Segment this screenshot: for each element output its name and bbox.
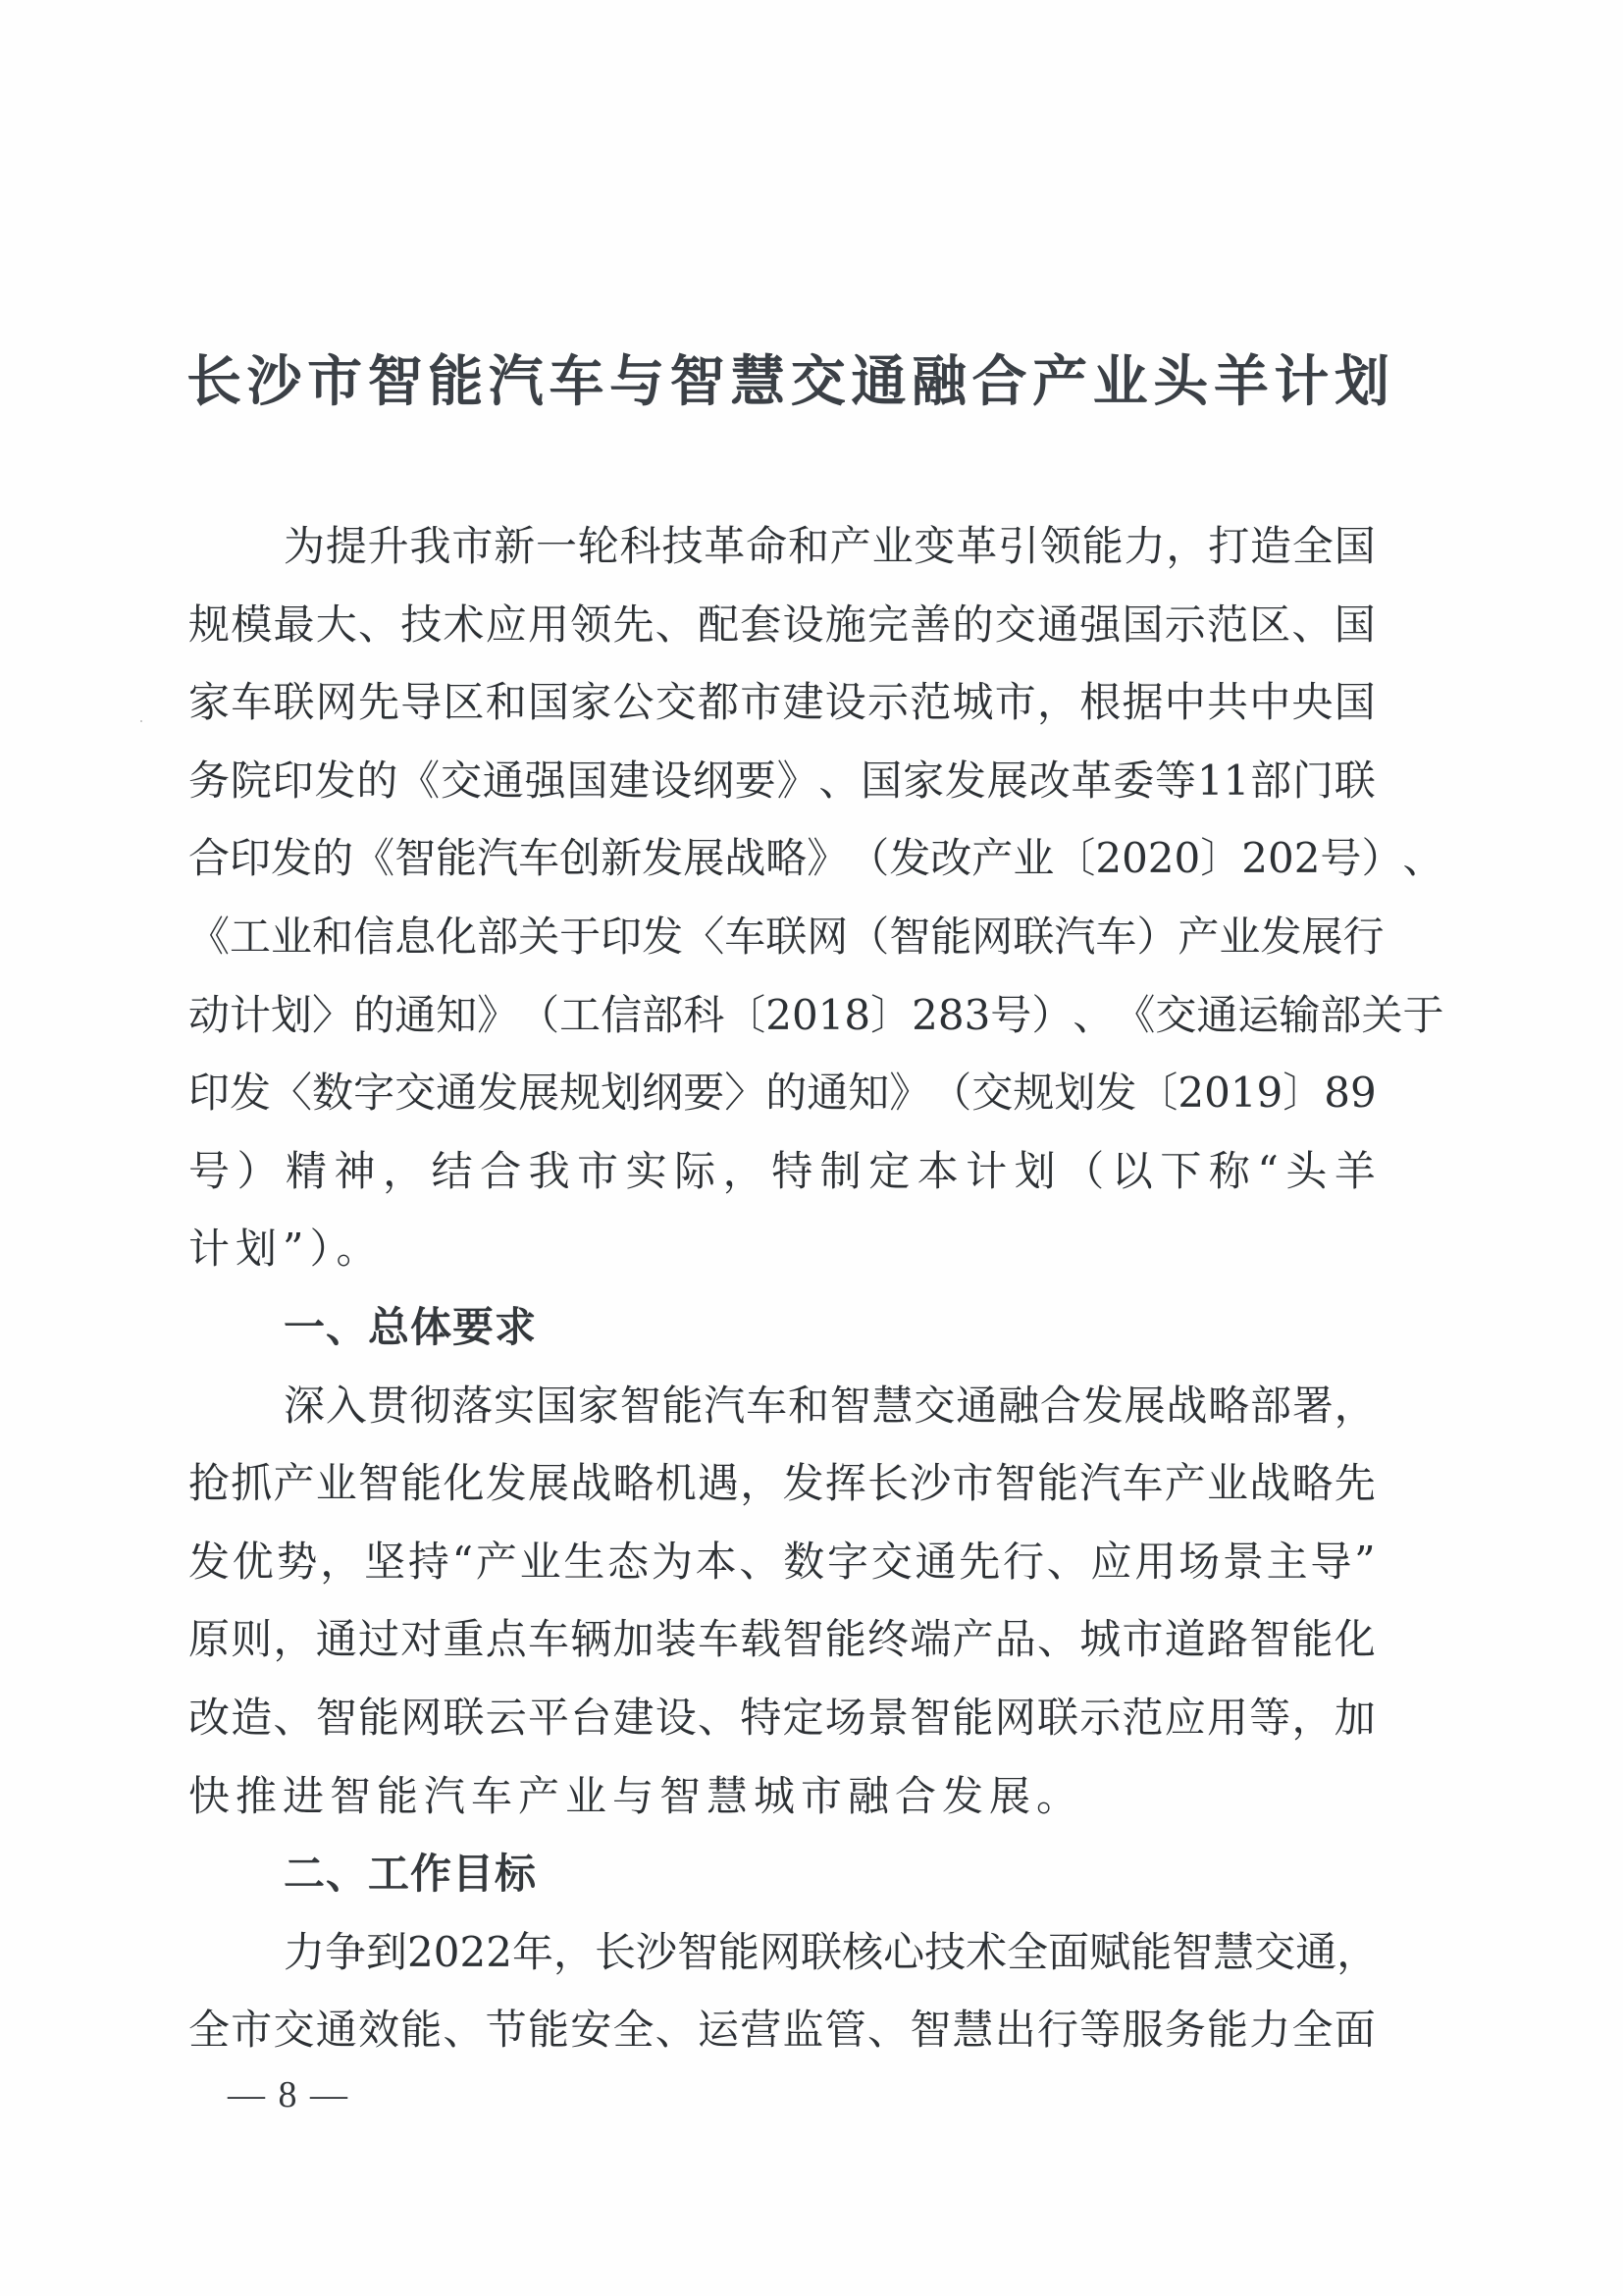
glyph: 行 [1342, 908, 1384, 966]
glyph: 市 [953, 1454, 994, 1513]
glyph: 道 [1165, 1610, 1206, 1669]
glyph: “ [452, 1533, 473, 1592]
glyph: 务 [188, 752, 230, 810]
glyph: 智 [1172, 1923, 1213, 1982]
glyph: 领 [570, 596, 611, 654]
glyph: 应 [1165, 1689, 1206, 1748]
glyph: 交 [1155, 986, 1196, 1045]
glyph: 长 [595, 1923, 636, 1982]
glyph: 等 [1249, 1689, 1290, 1748]
glyph: 则 [231, 1610, 272, 1669]
glyph: 、 [655, 596, 697, 654]
glyph: 最 [274, 596, 315, 654]
glyph: 载 [740, 1610, 781, 1669]
glyph: 〈 [271, 1064, 312, 1122]
glyph: 产 [1165, 1454, 1206, 1513]
glyph: 坚 [364, 1533, 405, 1592]
glyph: 全 [1292, 2001, 1334, 2060]
glyph: 计 [1274, 349, 1329, 414]
section1-line-6: 快推进智能汽车产业与智慧城市融合发展。 [188, 1767, 1083, 1826]
glyph: （ [1063, 1142, 1104, 1201]
glyph: 汽 [1079, 1454, 1121, 1513]
glyph: 通 [1295, 1923, 1336, 1982]
section1-line-1: 深入贯彻落实国家智能汽车和智慧交通融合发展战略部署， [284, 1377, 1376, 1435]
glyph: 交 [274, 2001, 315, 2060]
glyph: 以 [1112, 1142, 1153, 1201]
glyph: （ [848, 908, 889, 966]
glyph: 为 [652, 1533, 693, 1592]
glyph: 产 [274, 1454, 315, 1513]
section1-line-3: 发优势，坚持“产业生态为本、数字交通先行、应用场景主导” [188, 1533, 1376, 1592]
glyph: 〕 [1200, 829, 1241, 888]
glyph: 信 [601, 986, 642, 1045]
glyph: 城 [953, 673, 994, 732]
glyph: 能 [528, 2001, 569, 2060]
glyph: 展 [518, 1064, 559, 1122]
glyph: 发 [188, 1533, 230, 1592]
glyph: 变 [914, 517, 955, 576]
glyph: 〕 [870, 986, 912, 1045]
glyph: 特 [740, 1689, 781, 1748]
glyph: 示 [1165, 596, 1206, 654]
glyph: 特 [771, 1142, 812, 1201]
glyph: 家 [188, 673, 230, 732]
glyph: 主 [1267, 1533, 1308, 1592]
glyph: 产 [830, 517, 871, 576]
glyph: 革 [956, 517, 997, 576]
glyph: 实 [626, 1142, 667, 1201]
glyph: 展 [528, 1454, 569, 1513]
glyph: 神 [335, 1142, 376, 1201]
glyph: 部 [477, 908, 518, 966]
glyph: 划 [1015, 1142, 1056, 1201]
glyph: 、 [1292, 596, 1334, 654]
glyph: 智 [783, 1610, 824, 1669]
glyph: 云 [486, 1689, 527, 1748]
glyph: 11 [1197, 752, 1249, 810]
glyph: 联 [1037, 1689, 1078, 1748]
glyph: ， [723, 1142, 764, 1201]
glyph: 、 [358, 596, 399, 654]
glyph: 网 [807, 908, 848, 966]
glyph: 和 [312, 908, 353, 966]
glyph: 业 [316, 1454, 357, 1513]
glyph: 发 [642, 829, 683, 888]
glyph: 合 [1040, 1377, 1081, 1435]
glyph: 283 [912, 986, 990, 1045]
glyph: 行 [1003, 1533, 1044, 1592]
glyph: 强 [1079, 596, 1121, 654]
glyph: 规 [559, 1064, 601, 1122]
glyph: 融 [912, 349, 967, 414]
glyph: 头 [1153, 349, 1208, 414]
glyph: 智 [358, 1454, 399, 1513]
glyph: 长 [867, 1454, 909, 1513]
glyph: 业 [872, 517, 914, 576]
glyph: 运 [698, 2001, 739, 2060]
glyph: 息 [394, 908, 436, 966]
glyph: 输 [1279, 986, 1320, 1045]
glyph: 字 [353, 1064, 394, 1122]
glyph: 发 [486, 1454, 527, 1513]
glyph: 辆 [570, 1610, 611, 1669]
glyph: 战 [1249, 1454, 1290, 1513]
glyph: 遇 [698, 1454, 739, 1513]
glyph: 网 [971, 908, 1013, 966]
glyph: 设 [651, 752, 692, 810]
glyph: 、 [1037, 1610, 1078, 1669]
glyph: ， [1166, 517, 1207, 576]
glyph: 能 [428, 349, 483, 414]
glyph: 市 [231, 2001, 272, 2060]
glyph: 据 [1123, 673, 1164, 732]
glyph: 通 [316, 1610, 357, 1669]
glyph: 业 [271, 908, 312, 966]
glyph: 交 [971, 1064, 1013, 1122]
glyph: 、 [818, 752, 860, 810]
glyph: 划 [1335, 349, 1389, 414]
glyph: 的 [953, 596, 994, 654]
preamble-line-5: 合印发的《智能汽车创新发展战略》（发改产业〔2020〕202号）、 [188, 829, 1376, 888]
glyph: 合 [188, 829, 230, 888]
glyph: 慧 [953, 2001, 994, 2060]
glyph: 称 [1209, 1142, 1250, 1201]
glyph: 署 [1292, 1377, 1334, 1435]
glyph: 车 [1123, 1454, 1164, 1513]
glyph: 车 [746, 1377, 787, 1435]
glyph: 发 [477, 1064, 518, 1122]
glyph: 业 [1219, 908, 1260, 966]
glyph: 和 [788, 517, 829, 576]
document-page: 长沙市智能汽车与智慧交通融合产业头羊计划 为提升我市新一轮科技革命和产业变革引领… [0, 0, 1623, 2296]
glyph: 化 [1335, 1610, 1376, 1669]
glyph: 加 [613, 1610, 654, 1669]
glyph: 关 [1361, 986, 1402, 1045]
glyph: 〕 [1283, 1064, 1324, 1122]
glyph: 实 [494, 1377, 535, 1435]
glyph: 示 [867, 673, 909, 732]
glyph: 务 [1165, 2001, 1206, 2060]
glyph: 联 [444, 1689, 485, 1748]
glyph: 都 [698, 673, 739, 732]
glyph: 家 [570, 673, 611, 732]
glyph: 持 [408, 1533, 449, 1592]
glyph: 力 [1249, 2001, 1290, 2060]
glyph: 监 [783, 2001, 824, 2060]
glyph: 全 [188, 2001, 230, 2060]
glyph: 联 [274, 673, 315, 732]
glyph: 新 [494, 517, 535, 576]
glyph: 〉 [724, 1064, 765, 1122]
glyph: 2020 [1095, 829, 1200, 888]
glyph: 科 [683, 986, 724, 1045]
page-number: — 8 — [228, 2073, 349, 2116]
glyph: （ [518, 986, 559, 1045]
glyph: 能 [400, 1454, 442, 1513]
glyph: 》 [777, 752, 818, 810]
glyph: 能 [953, 1689, 994, 1748]
glyph: 知 [848, 1064, 889, 1122]
glyph: 发 [783, 1454, 824, 1513]
glyph: 要 [735, 752, 776, 810]
glyph: 纲 [642, 1064, 683, 1122]
glyph: 产 [1178, 908, 1219, 966]
glyph: 印 [273, 752, 314, 810]
glyph: 发 [945, 752, 986, 810]
glyph: 智 [368, 349, 423, 414]
glyph: 套 [740, 596, 781, 654]
glyph: 头 [1285, 1142, 1327, 1201]
glyph: 字 [827, 1533, 868, 1592]
glyph: 化 [444, 1454, 485, 1513]
glyph: 市 [451, 517, 493, 576]
glyph: 智 [995, 1454, 1036, 1513]
glyph: 安 [570, 2001, 611, 2060]
glyph: 造 [1250, 517, 1291, 576]
glyph: 命 [746, 517, 787, 576]
glyph: 改 [1029, 752, 1071, 810]
preamble-line-4: 务院印发的《交通强国建设纲要》、国家发展改革委等11部门联 [188, 752, 1376, 810]
glyph: 〈 [683, 908, 724, 966]
glyph: ， [320, 1533, 361, 1592]
section-heading-general-requirements: 一、总体要求 [284, 1298, 537, 1357]
glyph: 长 [186, 349, 241, 414]
glyph: 2022 [407, 1923, 512, 1982]
glyph: 定 [783, 1689, 824, 1748]
glyph: 争 [325, 1923, 366, 1982]
glyph: 号 [188, 1142, 230, 1201]
glyph: 智 [316, 1689, 357, 1748]
glyph: 发 [314, 752, 355, 810]
glyph: 我 [409, 517, 450, 576]
glyph: 网 [316, 673, 357, 732]
glyph: 节 [486, 2001, 527, 2060]
glyph: 国 [1335, 517, 1376, 576]
glyph: 用 [528, 596, 569, 654]
glyph: 家 [578, 1377, 619, 1435]
glyph: ， [383, 1142, 424, 1201]
glyph: 一 [536, 517, 577, 576]
glyph: 创 [559, 829, 601, 888]
glyph: 结 [432, 1142, 473, 1201]
glyph: 数 [312, 1064, 353, 1122]
glyph: 业 [1093, 349, 1148, 414]
glyph: 力 [1125, 517, 1166, 576]
glyph: 赋 [1089, 1923, 1130, 1982]
glyph: 下 [1160, 1142, 1201, 1201]
glyph: 国 [536, 1377, 577, 1435]
glyph: 委 [1113, 752, 1154, 810]
glyph: 公 [613, 673, 654, 732]
glyph: 生 [563, 1533, 604, 1592]
section2-line-2: 全市交通效能、节能安全、运营监管、智慧出行等服务能力全面 [188, 2001, 1376, 2060]
glyph: ， [1037, 673, 1078, 732]
glyph: 面 [1335, 2001, 1376, 2060]
glyph: 、 [444, 2001, 485, 2060]
glyph: 产 [1032, 349, 1087, 414]
glyph: 略 [613, 1454, 654, 1513]
glyph: 计 [230, 986, 271, 1045]
glyph: 通 [483, 752, 524, 810]
glyph: 先 [358, 673, 399, 732]
glyph: 〔 [1054, 829, 1095, 888]
glyph: 交 [791, 349, 846, 414]
glyph: 交 [995, 596, 1036, 654]
glyph: 发 [1082, 1377, 1124, 1435]
glyph: 慧 [730, 349, 785, 414]
glyph: 际 [674, 1142, 715, 1201]
glyph: 用 [1134, 1533, 1176, 1592]
glyph: 过 [358, 1610, 399, 1669]
glyph: 通 [956, 1377, 997, 1435]
glyph: ） [1031, 986, 1073, 1045]
glyph: 场 [825, 1689, 866, 1748]
glyph: 通 [807, 1064, 848, 1122]
glyph: 面 [1048, 1923, 1089, 1982]
glyph: 交 [441, 752, 482, 810]
glyph: 交 [394, 1064, 436, 1122]
section1-line-2: 抢抓产业智能化发展战略机遇，发挥长沙市智能汽车产业战略先 [188, 1454, 1376, 1513]
glyph: 平 [528, 1689, 569, 1748]
glyph: 设 [655, 1689, 697, 1748]
glyph: 本 [917, 1142, 959, 1201]
glyph: 建 [613, 1689, 654, 1748]
glyph: 产 [971, 829, 1013, 888]
glyph: 通 [394, 986, 436, 1045]
glyph: 彻 [409, 1377, 450, 1435]
glyph: 设 [825, 673, 866, 732]
glyph: 共 [1207, 673, 1248, 732]
glyph: 部 [1320, 986, 1361, 1045]
glyph: 部 [642, 986, 683, 1045]
glyph: 业 [520, 1533, 561, 1592]
glyph: 设 [783, 596, 824, 654]
glyph: 通 [316, 2001, 357, 2060]
glyph: 贯 [368, 1377, 409, 1435]
glyph: 交 [871, 1533, 913, 1592]
glyph: 智 [1249, 1610, 1290, 1669]
glyph: 汽 [1054, 908, 1095, 966]
glyph: 印 [188, 1064, 230, 1122]
glyph: 原 [188, 1610, 230, 1669]
glyph: 车 [698, 1610, 739, 1669]
glyph: 战 [1166, 1377, 1207, 1435]
glyph: 端 [910, 1610, 951, 1669]
glyph: 联 [1013, 908, 1054, 966]
glyph: 景 [1223, 1533, 1264, 1592]
glyph: ， [1335, 1377, 1376, 1435]
glyph: 能 [358, 1689, 399, 1748]
glyph: 升 [368, 517, 409, 576]
glyph: 和 [788, 1377, 829, 1435]
glyph: 智 [620, 1377, 661, 1435]
glyph: 我 [529, 1142, 570, 1201]
glyph: 市 [740, 673, 781, 732]
glyph: 能 [1207, 2001, 1248, 2060]
glyph: 能 [400, 2001, 442, 2060]
glyph: 定 [868, 1142, 910, 1201]
glyph: 能 [718, 1923, 759, 1982]
glyph: ， [553, 1923, 595, 1982]
glyph: 划 [601, 1064, 642, 1122]
glyph: 、 [867, 2001, 909, 2060]
glyph: 工 [230, 908, 271, 966]
document-title: 长沙市智能汽车与智慧交通融合产业头羊计划 [186, 349, 1389, 414]
preamble-line-3: 家车联网先导区和国家公交都市建设示范城市，根据中共中央国 [188, 673, 1376, 732]
glyph: 纲 [693, 752, 734, 810]
glyph: 89 [1324, 1064, 1376, 1122]
glyph: 能 [1292, 1610, 1334, 1669]
glyph: 区 [444, 673, 485, 732]
glyph: 领 [1040, 517, 1081, 576]
glyph: ” [1354, 1533, 1375, 1592]
glyph: 工 [559, 986, 601, 1045]
glyph: 略 [1292, 1454, 1334, 1513]
glyph: 本 [696, 1533, 737, 1592]
glyph: 挥 [825, 1454, 866, 1513]
glyph: 轮 [578, 517, 619, 576]
preamble-line-9: 号）精神，结合我市实际，特制定本计划（以下称“头羊 [188, 1142, 1376, 1201]
glyph: 》 [477, 986, 518, 1045]
glyph: 改 [930, 829, 971, 888]
glyph: 能 [1037, 1454, 1078, 1513]
glyph: 到 [366, 1923, 407, 1982]
preamble-line-1: 为提升我市新一轮科技革命和产业变革引领能力，打造全国 [284, 517, 1376, 576]
preamble-line-6: 《工业和信息化部关于印发〈车联网（智能网联汽车）产业发展行 [188, 908, 1376, 966]
glyph: 为 [284, 517, 325, 576]
glyph: 智 [394, 829, 436, 888]
glyph: 、 [274, 1689, 315, 1748]
glyph: ） [237, 1142, 279, 1201]
glyph: 慧 [1213, 1923, 1254, 1982]
section2-line-1: 力争到2022年，长沙智能网联核心技术全面赋能智慧交通， [284, 1923, 1376, 1982]
glyph: 市 [307, 349, 362, 414]
glyph: ， [1292, 1689, 1334, 1748]
glyph: 动 [188, 986, 230, 1045]
glyph: 发 [889, 829, 930, 888]
glyph: 重 [444, 1610, 485, 1669]
glyph: 号 [990, 986, 1031, 1045]
glyph: 制 [820, 1142, 862, 1201]
glyph: 出 [995, 2001, 1036, 2060]
glyph: 引 [998, 517, 1039, 576]
glyph: 点 [486, 1610, 527, 1669]
glyph: 、 [1073, 986, 1114, 1045]
glyph: 智 [889, 908, 930, 966]
glyph: 能 [825, 1610, 866, 1669]
glyph: 战 [570, 1454, 611, 1513]
glyph: 智 [830, 1377, 871, 1435]
glyph: 》 [889, 1064, 930, 1122]
glyph: 革 [704, 517, 745, 576]
glyph: 城 [1079, 1610, 1121, 1669]
glyph: 网 [400, 1689, 442, 1748]
glyph: 产 [953, 1610, 994, 1669]
glyph: 技 [661, 517, 703, 576]
glyph: 《 [1114, 986, 1155, 1045]
glyph: 效 [358, 2001, 399, 2060]
glyph: 心 [883, 1923, 924, 1982]
glyph: 、 [1047, 1533, 1088, 1592]
glyph: 略 [1208, 1377, 1249, 1435]
glyph: 联 [801, 1923, 842, 1982]
glyph: 网 [759, 1923, 801, 1982]
glyph: 合 [972, 349, 1027, 414]
glyph: 运 [1237, 986, 1279, 1045]
glyph: 技 [400, 596, 442, 654]
glyph: “ [1257, 1142, 1278, 1201]
glyph: 先 [1335, 1454, 1376, 1513]
